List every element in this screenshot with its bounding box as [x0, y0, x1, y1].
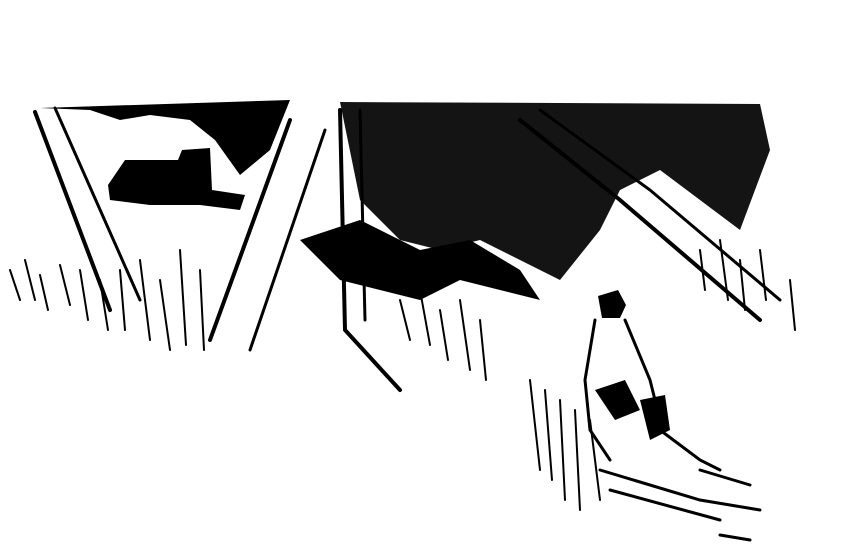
crouching-figure [585, 290, 720, 470]
barn-silhouette [108, 148, 245, 210]
fallen-log [600, 470, 760, 540]
forest-illustration [0, 0, 844, 552]
